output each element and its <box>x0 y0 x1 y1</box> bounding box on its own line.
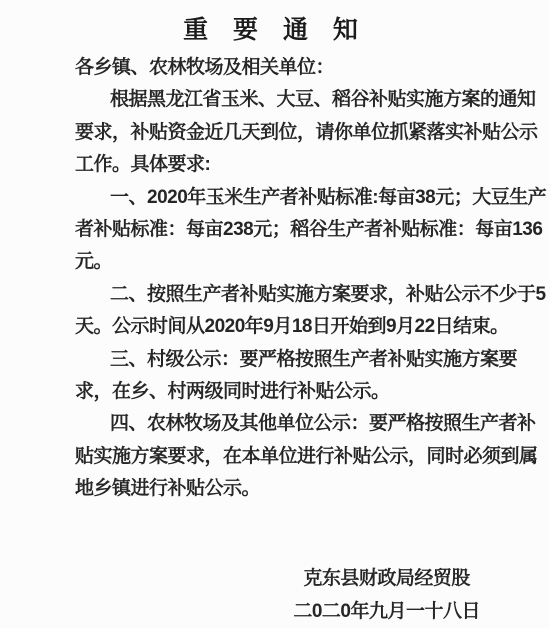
notice-line: 三、村级公示：要严格按照生产者补贴实施方案要 <box>75 344 524 376</box>
notice-line: 二、按照生产者补贴实施方案要求，补贴公示不少于5 <box>75 279 524 311</box>
signature-date: 二0二0年九月一十八日 <box>293 595 480 628</box>
notice-line: 贴实施方案要求，在本单位进行补贴公示，同时必须到属 <box>75 441 524 473</box>
notice-line: 求，在乡、村两级同时进行补贴公示。 <box>75 376 524 408</box>
notice-line: 根据黑龙江省玉米、大豆、稻谷补贴实施方案的通知 <box>75 84 524 116</box>
notice-line: 天。公示时间从2020年9月18日开始到9月22日结束。 <box>75 311 524 343</box>
notice-line: 元。 <box>75 246 524 278</box>
notice-body: 各乡镇、农林牧场及相关单位： 根据黑龙江省玉米、大豆、稻谷补贴实施方案的通知 要… <box>0 52 550 506</box>
notice-line: 地乡镇进行补贴公示。 <box>75 473 524 505</box>
notice-line: 四、农林牧场及其他单位公示：要严格按照生产者补 <box>75 408 524 440</box>
signature-org: 克东县财政局经贸股 <box>293 562 480 595</box>
notice-line: 工作。具体要求: <box>75 149 524 181</box>
signature-block: 克东县财政局经贸股 二0二0年九月一十八日 <box>293 562 480 628</box>
notice-salutation: 各乡镇、农林牧场及相关单位： <box>75 52 524 84</box>
notice-title: 重 要 通 知 <box>0 0 550 46</box>
notice-line: 一、2020年玉米生产者补贴标准:每亩38元；大豆生产 <box>75 182 524 214</box>
notice-line: 者补贴标准：每亩238元；稻谷生产者补贴标准：每亩136 <box>75 214 524 246</box>
notice-page: 重 要 通 知 各乡镇、农林牧场及相关单位： 根据黑龙江省玉米、大豆、稻谷补贴实… <box>0 0 550 628</box>
notice-line: 要求，补贴资金近几天到位，请你单位抓紧落实补贴公示 <box>75 117 524 149</box>
